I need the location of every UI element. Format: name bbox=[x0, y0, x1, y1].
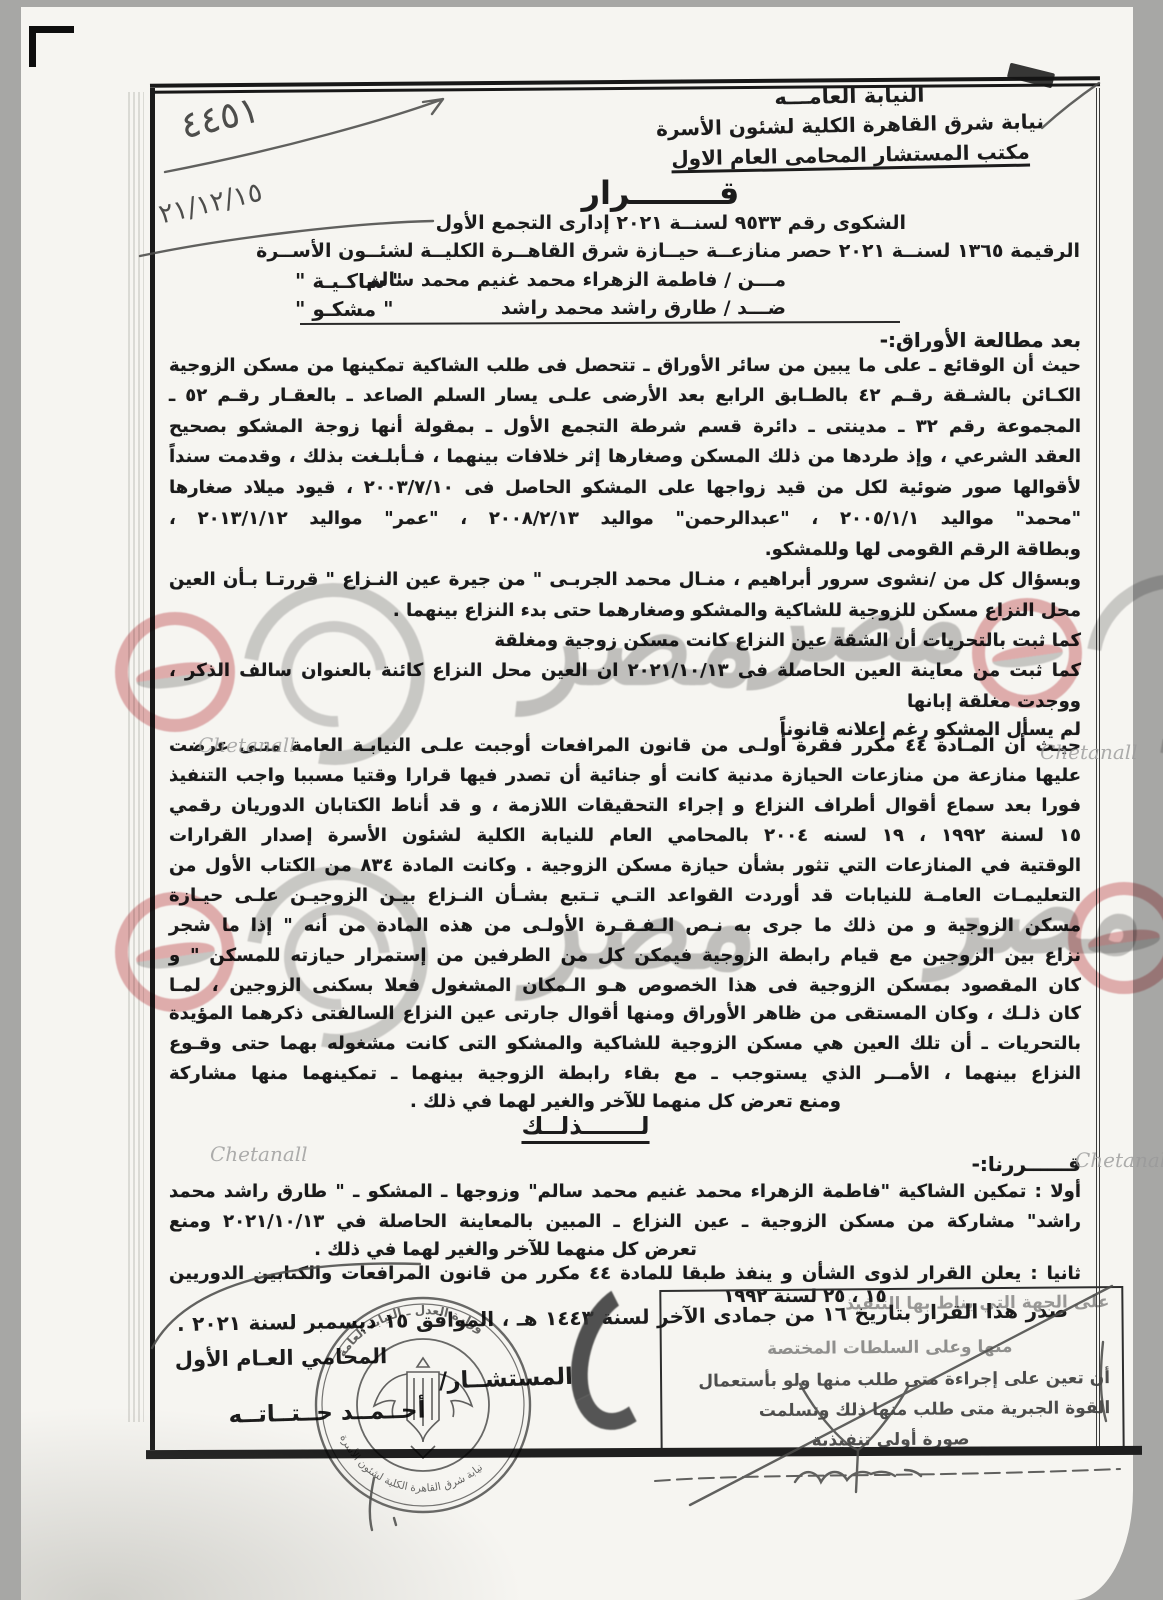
record-number-line: الرقيمة ١٣٦٥ لسنــة ٢٠٢١ حصر منازعــة حي… bbox=[256, 240, 1080, 262]
facts-line: "محمد" مواليد ٢٠٠٥/١/١ ، "عبدالرحمن" موا… bbox=[169, 505, 1081, 535]
respondent-line: ضـــد / طارق راشد محمد راشد bbox=[501, 297, 786, 319]
facts-line: وبطاقة الرقم القومى لها وللمشكو. bbox=[765, 536, 1081, 564]
facts-line: العقد الشرعي ، وإذ طردها من ذلك المسكن و… bbox=[169, 443, 1081, 473]
law-line: النزاع بينهما ، الأمــر الذي يستوجب ـ مع… bbox=[169, 1060, 1081, 1090]
law-line: حيـث أن المـادة ٤٤ مكرر فقرة أولـى من قا… bbox=[169, 732, 1081, 762]
decision-line: راشد" مشاركة من مسكن الزوجية ـ عين النزا… bbox=[169, 1208, 1081, 1238]
respondent-role-label: " مشكـو " bbox=[295, 297, 394, 321]
stamp-box-line: القوة الجبرية متى طلب منها ذلك وتسلمت bbox=[670, 1398, 1110, 1422]
seal-bottom-text: نيابة شرق القاهرة الكلية لشئون الأسرة bbox=[337, 1433, 485, 1495]
eagle-emblem-icon bbox=[374, 1358, 472, 1458]
corner-crop-mark bbox=[29, 26, 74, 67]
law-line: ١٥ لسنة ١٩٩٢ ، ١٩ لسنه ٢٠٠٤ بالمحامي الع… bbox=[169, 822, 1081, 852]
scan-edge-artifact bbox=[128, 92, 144, 1422]
law-line: مسكن الزوجية و من ذلك ما جرى به نـص الـف… bbox=[169, 912, 1081, 942]
law-line: التعليمـات العامـة للنيابات قد أوردت الق… bbox=[169, 882, 1081, 912]
scanned-legal-document: النيابة العامـــه نيابة شرق القاهرة الكل… bbox=[0, 0, 1163, 1600]
separator-line bbox=[300, 321, 900, 325]
decision-line: أولا : تمكين الشاكية "فاطمة الزهراء محمد… bbox=[169, 1178, 1081, 1208]
facts-line: محل النزاع مسكن للزوجية للشاكية والمشكو … bbox=[393, 597, 1081, 625]
law-line: كان ذلـك ، وكان المستقى من ظاهر الأوراق … bbox=[169, 1000, 1081, 1030]
facts-line: كما ثبت بالتحريات أن الشقة عين النزاع كا… bbox=[494, 627, 1081, 655]
complaint-number-line: الشكوى رقم ٩٥٣٣ لسنــة ٢٠٢١ إدارى التجمع… bbox=[436, 212, 906, 234]
law-line: الوقتية في المنازعات التي تثور بشأن حياز… bbox=[169, 852, 1081, 882]
complainant-line: مـــن / فاطمة الزهراء محمد غنيم محمد سال… bbox=[366, 269, 786, 291]
facts-line: وبسؤال كل من /نشوى سرور أبراهيم ، منـال … bbox=[169, 566, 1081, 596]
facts-line: حيث أن الوقائع ـ على ما يبين من سائر الأ… bbox=[169, 352, 1081, 382]
law-line: بالتحريات ـ أن تلك العين هي مسكن الزوجية… bbox=[169, 1030, 1081, 1060]
seal-top-text: وزارة العدل ـ النيابة العامة bbox=[335, 1303, 487, 1359]
facts-line: المجموعة رقم ٣٢ ـ مدينتى ـ دائرة قسم شرط… bbox=[169, 413, 1081, 443]
section-after-review: بعد مطالعة الأوراق:- bbox=[880, 326, 1081, 354]
section-decided: قــــــررنا:- bbox=[972, 1150, 1081, 1178]
law-line: فورا بعد سماع أقوال أطراف النزاع و إجراء… bbox=[169, 792, 1081, 822]
facts-line: ووجدت مغلقة إبانها bbox=[907, 688, 1081, 716]
facts-line: لأقوالها صور ضوئية لكل من قيد زواجها على… bbox=[169, 474, 1081, 504]
complainant-role-label: " شاكـيـة " bbox=[295, 269, 403, 293]
document-frame: قــــــــرار الشكوى رقم ٩٥٣٣ لسنــة ٢٠٢١… bbox=[150, 88, 1100, 1450]
official-round-seal: وزارة العدل ـ النيابة العامة نيابة شرق ا… bbox=[303, 1286, 543, 1524]
stamp-box-line: منها وعلى السلطات المختصة bbox=[670, 1336, 1110, 1360]
section-therefore: لـــــــذلــك bbox=[155, 1112, 1016, 1140]
decision-title: قــــــــرار bbox=[405, 174, 916, 212]
facts-line: كما ثبت من معاينة العين الحاصلة فى ٢٠٢١/… bbox=[169, 657, 1081, 687]
facts-line: الكـائن بالشـقة رقـم ٤٢ بالطـابق الرابع … bbox=[169, 382, 1081, 412]
law-line: نزاع بين الزوجين مع قيام رابطة الزوجية ف… bbox=[169, 942, 1081, 972]
law-line: عليها منازعة من منازعات الحيازة مدنية كا… bbox=[169, 762, 1081, 792]
stamp-box-line: أن تعين على إجراءة متى طلب منها ولو بأست… bbox=[670, 1368, 1110, 1392]
law-line: كان المقصود بمسكن الزوجية فى هذا الخصوص … bbox=[169, 972, 1081, 1002]
